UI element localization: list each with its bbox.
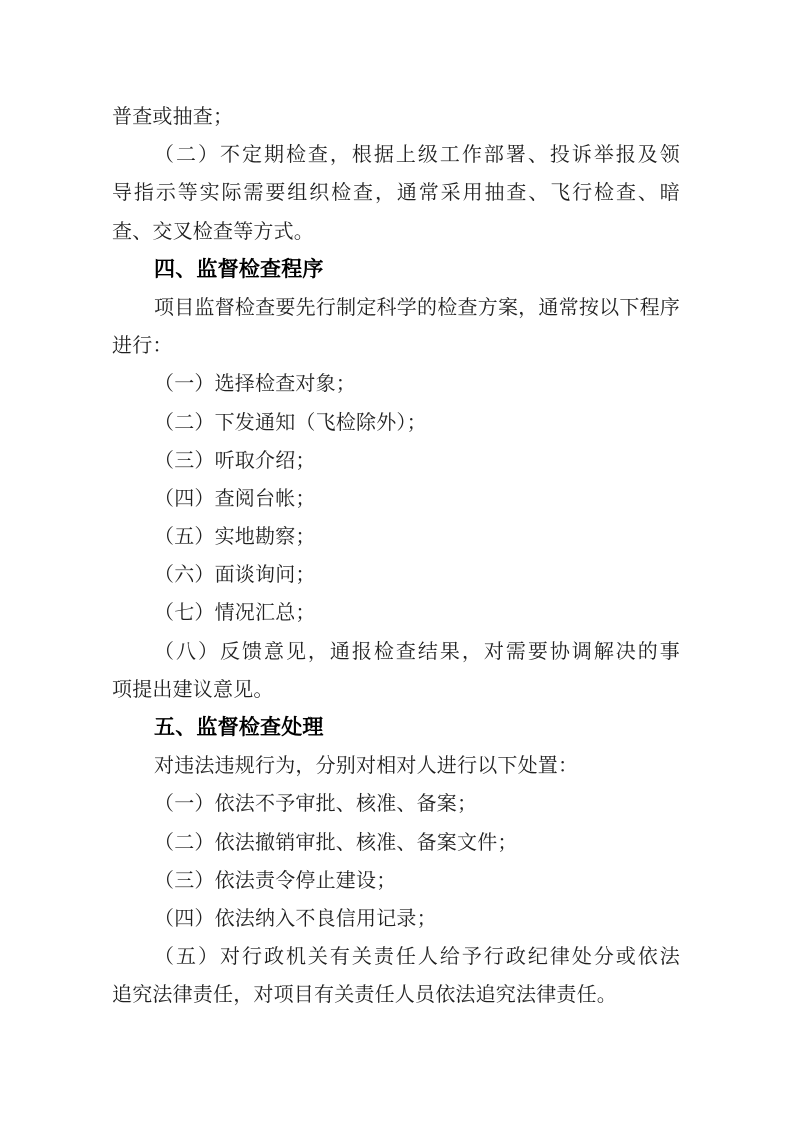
text-line: 对违法违规行为，分别对相对人进行以下处置： (112, 747, 680, 785)
text-line: 导指示等实际需要组织检查，通常采用抽查、飞行检查、暗 (112, 174, 680, 212)
list-item: （四）依法纳入不良信用记录； (112, 900, 680, 938)
text-line: 项提出建议意见。 (112, 671, 680, 709)
section-heading: 四、监督检查程序 (112, 251, 680, 289)
list-item: （七）情况汇总； (112, 594, 680, 632)
text-line: 普查或抽查； (112, 98, 680, 136)
list-item: （二）下发通知（飞检除外）； (112, 404, 680, 442)
list-item: （五）实地勘察； (112, 518, 680, 556)
text-line: 查、交叉检查等方式。 (112, 213, 680, 251)
document-body: 普查或抽查； （二）不定期检查，根据上级工作部署、投诉举报及领 导指示等实际需要… (112, 98, 680, 1015)
list-item: （二）依法撤销审批、核准、备案文件； (112, 824, 680, 862)
section-heading: 五、监督检查处理 (112, 709, 680, 747)
text-line: 进行： (112, 327, 680, 365)
list-item: （一）依法不予审批、核准、备案； (112, 785, 680, 823)
list-item: （三）依法责令停止建设； (112, 862, 680, 900)
list-item: （六）面谈询问； (112, 556, 680, 594)
list-item: （三）听取介绍； (112, 442, 680, 480)
text-line: 项目监督检查要先行制定科学的检查方案，通常按以下程序 (112, 289, 680, 327)
document-page: 普查或抽查； （二）不定期检查，根据上级工作部署、投诉举报及领 导指示等实际需要… (0, 0, 793, 1122)
list-item: （四）查阅台帐； (112, 480, 680, 518)
list-item: （五）对行政机关有关责任人给予行政纪律处分或依法 (112, 938, 680, 976)
text-line: （二）不定期检查，根据上级工作部署、投诉举报及领 (112, 136, 680, 174)
text-line: 追究法律责任，对项目有关责任人员依法追究法律责任。 (112, 976, 680, 1014)
list-item: （一）选择检查对象； (112, 365, 680, 403)
list-item: （八）反馈意见，通报检查结果，对需要协调解决的事 (112, 633, 680, 671)
